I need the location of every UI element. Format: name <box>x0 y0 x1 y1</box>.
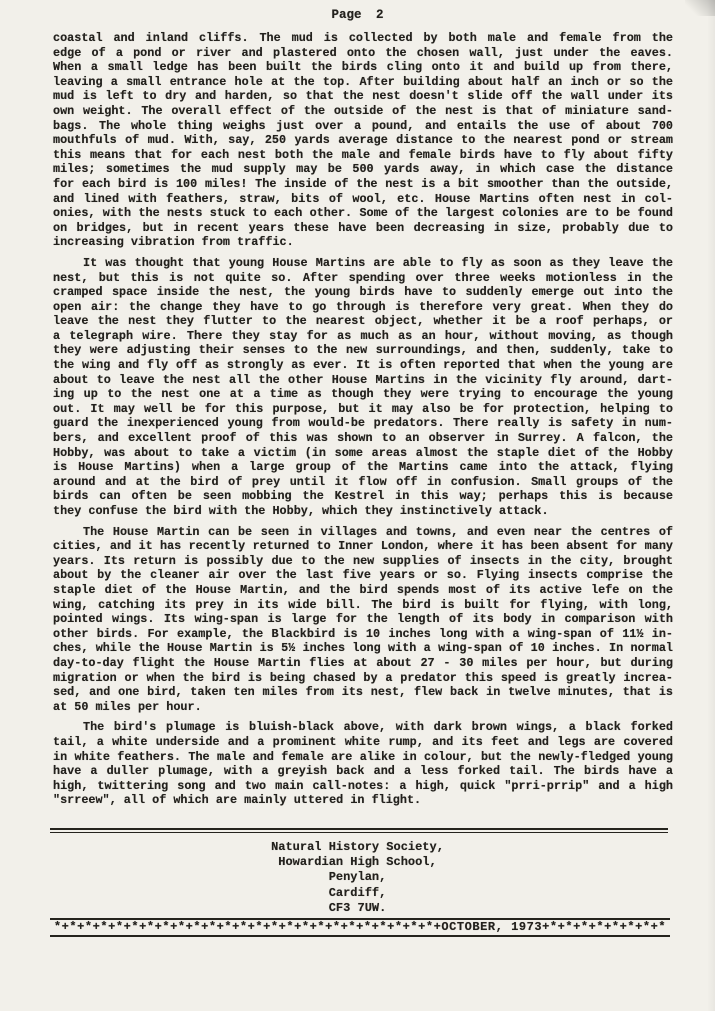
text-line: bers, and excellent proof of this was sh… <box>53 431 673 446</box>
text-line: onies, with the nests stuck to each othe… <box>53 206 673 221</box>
text-line: wing, catching its prey in its wide bill… <box>53 598 673 613</box>
text-line: own weight. The overall effect of the ou… <box>53 104 673 119</box>
text-line: edge of a pond or river and plastered on… <box>53 46 673 61</box>
text-line: guard the inexperienced young from would… <box>53 416 673 431</box>
text-line: years. Its return is possibly due to the… <box>53 554 673 569</box>
text-line: and lined with feathers, straw, bits of … <box>53 192 673 207</box>
page-number: Page 2 <box>0 8 715 22</box>
text-line: The House Martin can be seen in villages… <box>53 525 673 540</box>
text-line: around and at the bird of prey until it … <box>53 475 673 490</box>
text-line: cramped space inside the nest, the young… <box>53 285 673 300</box>
text-line: other birds. For example, the Blackbird … <box>53 627 673 642</box>
address-block: Natural History Society, Howardian High … <box>0 840 715 916</box>
address-line-school: Howardian High School, <box>0 855 715 870</box>
text-line: for each bird is 100 miles! The inside o… <box>53 177 673 192</box>
text-line: on bridges, but in recent years these ha… <box>53 221 673 236</box>
footer-divider-rule <box>50 828 668 833</box>
text-line: they were adjusting their senses to the … <box>53 343 673 358</box>
text-line: mouthfuls of mud. With, say, 250 yards a… <box>53 133 673 148</box>
text-line: the wing and fly off as strongly as ever… <box>53 358 673 373</box>
text-line: cities, and it has recently returned to … <box>53 539 673 554</box>
text-line: ches, while the House Martin is 5½ inche… <box>53 641 673 656</box>
text-line: migration or when the bird is being chas… <box>53 671 673 686</box>
date-decorative-band: *+*+*+*+*+*+*+*+*+*+*+*+*+*+*+*+*+*+*+*+… <box>50 918 670 937</box>
text-line: sed, and one bird, taken ten miles from … <box>53 685 673 700</box>
text-line: Hobby, was about to take a victim (in so… <box>53 446 673 461</box>
text-line: out. It may well be for this purpose, bu… <box>53 402 673 417</box>
text-line: high, twittering song and two main call-… <box>53 779 673 794</box>
text-line: tail, a white underside and a prominent … <box>53 735 673 750</box>
text-line: When a small ledge has been built the bi… <box>53 60 673 75</box>
text-line: nest, but this is not quite so. After sp… <box>53 271 673 286</box>
paragraph-plumage: The bird's plumage is bluish-black above… <box>53 720 673 808</box>
text-line: The bird's plumage is bluish-black above… <box>53 720 673 735</box>
text-line: in white feathers. The male and female a… <box>53 750 673 765</box>
text-line: bags. The whole thing weighs just over a… <box>53 119 673 134</box>
text-line: at 50 miles per hour. <box>53 700 673 715</box>
text-line: mud is left to dry and harden, so that t… <box>53 89 673 104</box>
text-line: about by the cleaner air over the last f… <box>53 568 673 583</box>
paragraph-young-birds: It was thought that young House Martins … <box>53 256 673 519</box>
text-line: this means that for each nest both the m… <box>53 148 673 163</box>
text-line: increasing vibration from traffic. <box>53 235 673 250</box>
text-line: day-to-day flight the House Martin flies… <box>53 656 673 671</box>
address-line-society: Natural History Society, <box>0 840 715 855</box>
text-line: pointed wings. Its wing-span is large fo… <box>53 612 673 627</box>
text-line: is House Martins) when a large group of … <box>53 460 673 475</box>
address-line-postcode: CF3 7UW. <box>0 901 715 916</box>
address-line-district: Penylan, <box>0 870 715 885</box>
text-line: they confuse the bird with the Hobby, wh… <box>53 504 673 519</box>
text-line: about to leave the nest all the other Ho… <box>53 373 673 388</box>
text-line: leave the nest they flutter to the neare… <box>53 314 673 329</box>
text-line: a telegraph wire. There they stay for as… <box>53 329 673 344</box>
text-line: leaving a small entrance hole at the top… <box>53 75 673 90</box>
paragraph-habitat-flight: The House Martin can be seen in villages… <box>53 525 673 715</box>
text-line: have a duller plumage, with a greyish ba… <box>53 764 673 779</box>
text-line: ing up to the nest one at a time as thou… <box>53 387 673 402</box>
text-line: coastal and inland cliffs. The mud is co… <box>53 31 673 46</box>
text-line: miles; sometimes the mud supply may be 5… <box>53 162 673 177</box>
text-line: birds can often be seen mobbing the Kest… <box>53 489 673 504</box>
paragraph-nest-building: coastal and inland cliffs. The mud is co… <box>53 31 673 250</box>
address-line-city: Cardiff, <box>0 886 715 901</box>
document-body: coastal and inland cliffs. The mud is co… <box>53 31 673 808</box>
text-line: staple diet of the House Martin, and the… <box>53 583 673 598</box>
text-line: open air: the change they have to go thr… <box>53 300 673 315</box>
text-line: It was thought that young House Martins … <box>53 256 673 271</box>
document-page: Page 2 coastal and inland cliffs. The mu… <box>0 0 715 1011</box>
text-line: "srreew", all of which are mainly uttere… <box>53 793 673 808</box>
